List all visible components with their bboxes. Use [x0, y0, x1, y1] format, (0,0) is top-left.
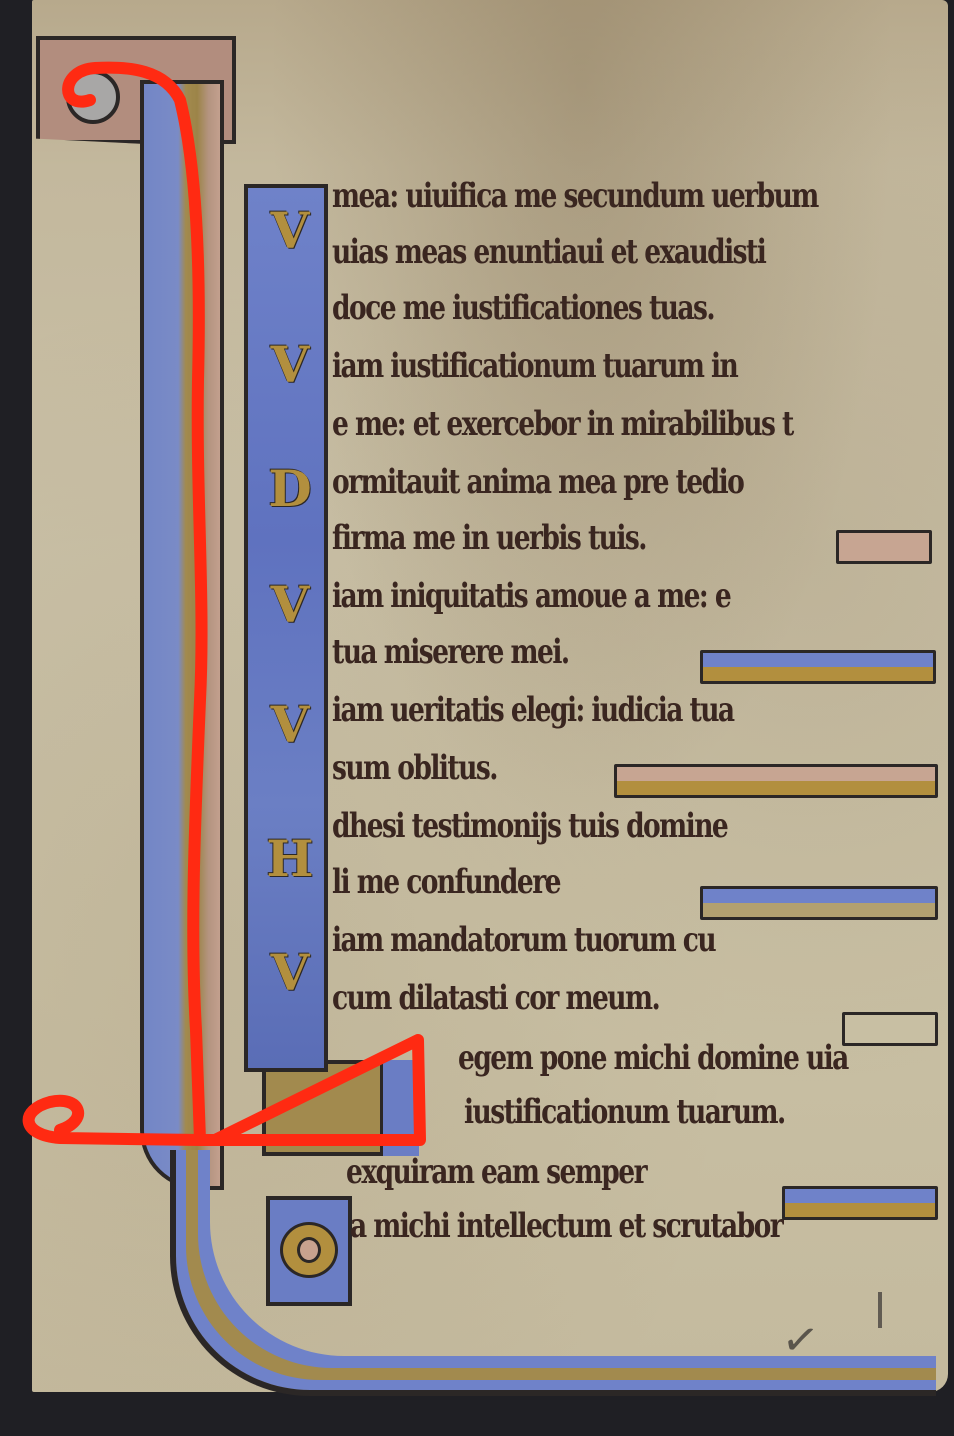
initial-l-stem — [140, 80, 224, 1190]
line-initial: H — [266, 834, 314, 884]
line-initial: V — [266, 206, 314, 256]
initial-o — [280, 1222, 338, 1278]
text-line: iam mandatorum tuorum cu — [332, 920, 940, 968]
line-filler — [836, 530, 932, 564]
text-line: ormitauit anima mea pre tedio — [332, 462, 940, 510]
text-line: dhesi testimonijs tuis domine — [332, 806, 940, 854]
line-filler — [842, 1012, 938, 1046]
text-line: iustificationum tuarum. — [464, 1092, 954, 1140]
text-line: iam iniquitatis amoue a me: e — [332, 576, 940, 624]
marginal-check-mark: ✓ — [779, 1313, 823, 1369]
initial-l-curl — [66, 70, 120, 124]
text-line: doce me iustificationes tuas. — [332, 288, 940, 336]
line-initial: D — [266, 464, 314, 514]
text-line: iam ueritatis elegi: iudicia tua — [332, 690, 940, 738]
text-line: iam iustificationum tuarum in — [332, 346, 940, 394]
line-filler — [700, 650, 936, 684]
text-line: mea: uiuifica me secundum uerbum — [332, 176, 940, 224]
marginal-pencil-mark — [878, 1292, 882, 1328]
text-line: uias meas enuntiaui et exaudisti — [332, 232, 940, 280]
initial-l-foot-blue — [380, 1060, 419, 1156]
line-initial: V — [266, 948, 314, 998]
line-filler — [782, 1186, 938, 1220]
line-filler — [700, 886, 938, 920]
line-initial: V — [266, 580, 314, 630]
line-filler — [614, 764, 938, 798]
line-initial: V — [266, 340, 314, 390]
line-initials-column: V V D V V H V — [244, 184, 328, 1072]
line-initial: V — [266, 700, 314, 750]
text-line: e me: et exercebor in mirabilibus t — [332, 404, 940, 452]
